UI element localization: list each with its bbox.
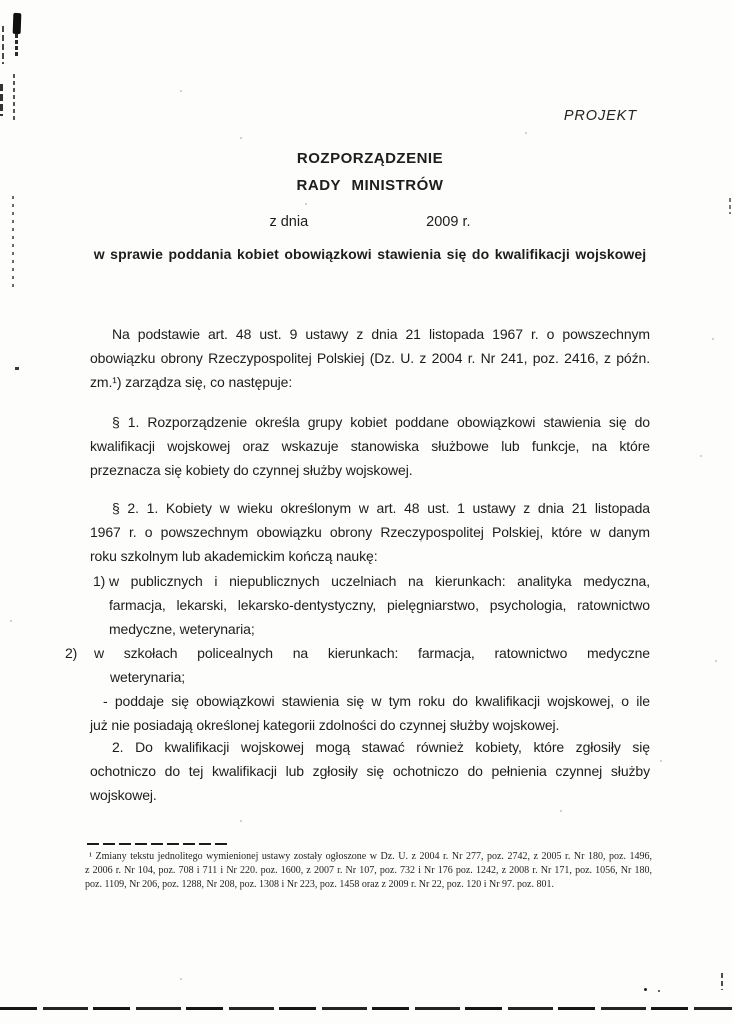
list-item-text: w publicznych i niepublicznych uczelniac… [109,569,650,641]
page-edge-artifact [2,26,4,64]
page-edge-artifact [721,973,723,990]
text-line: przeznacza się kobiety do czynnej służby… [90,458,650,482]
document-page: PROJEKT ROZPORZĄDZENIE RADY MINISTRÓW z … [0,0,732,1024]
speck-artifact [712,338,714,340]
text-line: roku szkolnym lub akademickim kończą nau… [90,544,650,568]
list-item-2: 2) w szkołach policealnych na kierunkach… [65,641,650,689]
text-line: wojskowej. [90,783,650,807]
page-edge-artifact [13,74,15,120]
list-item-1: 1) w publicznych i niepublicznych uczeln… [90,569,650,641]
page-bottom-edge-artifact [0,1007,732,1010]
date-prefix: z dnia [269,214,308,230]
speck-artifact [10,620,12,622]
speck-artifact [305,203,307,205]
staple-mark-artifact [13,13,22,34]
speck-artifact [660,760,662,762]
page-edge-artifact [729,198,731,214]
text-line: w publicznych i niepublicznych uczelniac… [109,569,650,593]
list-item-text: w szkołach policealnych na kierunkach: f… [94,641,650,689]
footnote-line: ¹ Zmiany tekstu jednolitego wymienionej … [85,850,652,864]
text-line: farmacja, lekarski, lekarsko-dentystyczn… [109,593,650,617]
text-line: 2. Do kwalifikacji wojskowej mogą stawać… [90,735,650,759]
doc-issuer: RADY MINISTRÓW [90,177,650,194]
text-line: obowiązku obrony Rzeczypospolitej Polski… [90,346,650,370]
text-line: § 2. 1. Kobiety w wieku określonym w art… [90,496,650,520]
page-edge-artifact [12,196,14,292]
paragraph-tiret: - poddaje się obowiązkowi stawienia się … [90,689,650,737]
ink-dot-artifact [644,988,647,991]
date-line: z dnia2009 r. [90,214,650,230]
text-line: weterynaria; [94,665,650,689]
text-line: Na podstawie art. 48 ust. 9 ustawy z dni… [90,322,650,346]
text-line: w szkołach policealnych na kierunkach: f… [94,641,650,665]
ink-dot-artifact [658,990,660,992]
list-marker: 1) [93,569,109,593]
list-marker: 2) [65,641,94,665]
text-line: - poddaje się obowiązkowi stawienia się … [90,689,650,713]
speck-artifact [560,810,562,812]
paragraph-1: § 1. Rozporządzenie określa grupy kobiet… [90,410,650,482]
speck-artifact [240,137,242,139]
doc-title: ROZPORZĄDZENIE [90,150,650,167]
text-line: kwalifikacji wojskowej oraz wskazuje sta… [90,434,650,458]
speck-artifact [700,455,702,457]
footnote-line: poz. 1109, Nr 206, poz. 1288, Nr 208, po… [85,878,652,892]
page-edge-artifact [0,84,3,116]
speck-artifact [180,978,182,980]
text-line: medyczne, weterynaria; [109,617,650,641]
body-text: Na podstawie art. 48 ust. 9 ustawy z dni… [90,322,650,807]
speck-artifact [525,132,527,134]
footnote-separator [87,843,230,845]
staple-mark-artifact [15,34,18,57]
footnote-line: z 2006 r. Nr 104, poz. 708 i 711 i Nr 22… [85,864,652,878]
text-line: 1967 r. o powszechnym obowiązku obrony R… [90,520,650,544]
text-line: zm.¹) zarządza się, co następuje: [90,370,650,394]
speck-artifact [240,820,242,822]
footnote: ¹ Zmiany tekstu jednolitego wymienionej … [85,850,652,892]
speck-artifact [715,660,717,662]
draft-label: PROJEKT [564,108,637,124]
ink-dot-artifact [15,367,19,370]
text-line: § 1. Rozporządzenie określa grupy kobiet… [90,410,650,434]
date-year: 2009 r. [426,214,470,230]
paragraph-2-section-2: 2. Do kwalifikacji wojskowej mogą stawać… [90,735,650,807]
doc-subject: w sprawie poddania kobiet obowiązkowi st… [82,246,658,262]
text-line: już nie posiadają określonej kategorii z… [90,713,650,737]
text-line: ochotniczo do tej kwalifikacji lub zgłos… [90,759,650,783]
speck-artifact [180,90,182,92]
paragraph-legal-basis: Na podstawie art. 48 ust. 9 ustawy z dni… [90,322,650,394]
paragraph-2: § 2. 1. Kobiety w wieku określonym w art… [90,496,650,568]
